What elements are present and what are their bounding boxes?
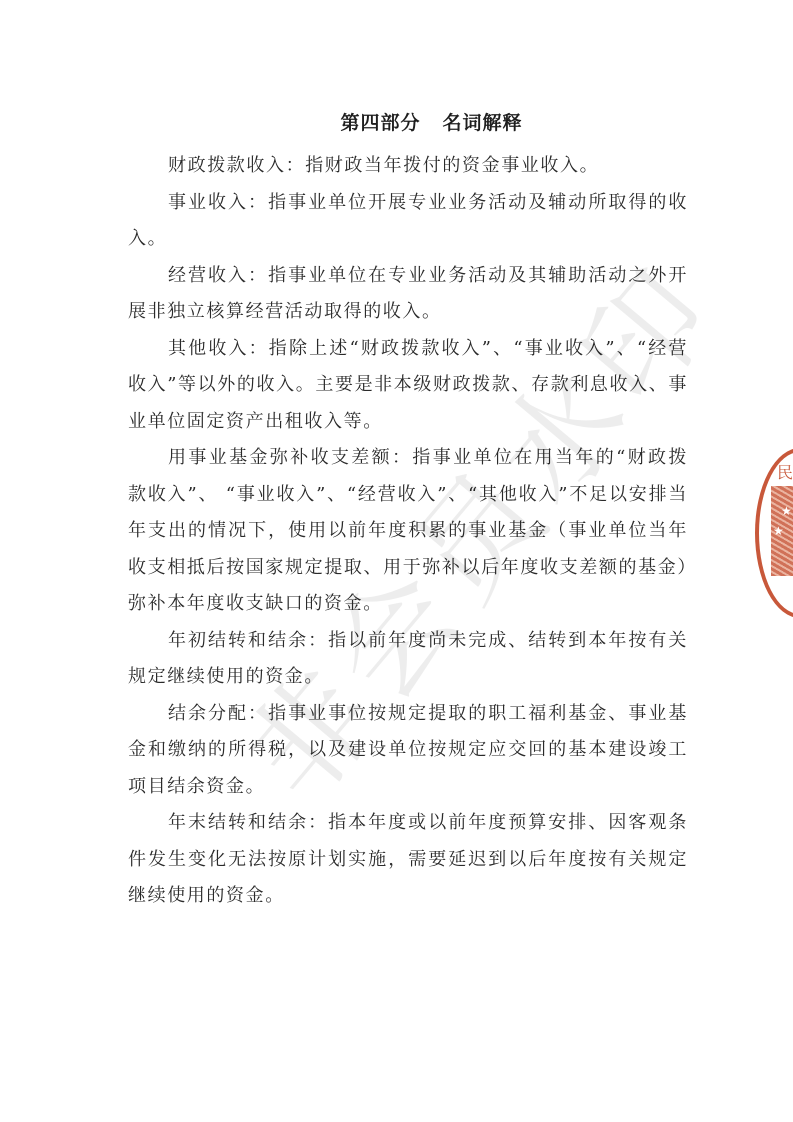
document-page: 第四部分名词解释 财政拨款收入：指财政当年拨付的资金事业收入。 事业收入：指事业… (0, 0, 793, 1122)
definition-paragraph: 事业收入：指事业单位开展专业业务活动及辅动所取得的收入。 (128, 185, 688, 258)
section-name-label: 名词解释 (443, 112, 523, 134)
definition-paragraph: 结余分配：指事业事位按规定提取的职工福利基金、事业基金和缴纳的所得税，以及建设单… (128, 696, 688, 806)
star-icon: ★ (781, 504, 792, 518)
star-icon: ★ (773, 524, 784, 538)
definition-paragraph: 其他收入：指除上述“财政拨款收入”、“事业收入”、“经营收入”等以外的收入。主要… (128, 331, 688, 441)
definition-paragraph: 用事业基金弥补收支差额：指事业单位在用当年的“财政拨款收入”、 “事业收入”、“… (128, 440, 688, 623)
seal-character: 民 (777, 460, 793, 483)
definition-paragraph: 年初结转和结余：指以前年度尚未完成、结转到本年按有关规定继续使用的资金。 (128, 623, 688, 696)
definition-paragraph: 年末结转和结余：指本年度或以前年度预算安排、因客观条件发生变化无法按原计划实施，… (128, 805, 688, 915)
glossary-body: 财政拨款收入：指财政当年拨付的资金事业收入。 事业收入：指事业单位开展专业业务活… (128, 148, 688, 915)
section-title: 第四部分名词解释 (0, 108, 793, 135)
section-part-label: 第四部分 (340, 112, 420, 134)
definition-paragraph: 财政拨款收入：指财政当年拨付的资金事业收入。 (128, 148, 688, 185)
definition-paragraph: 经营收入：指事业单位在专业业务活动及其辅助活动之外开展非独立核算经营活动取得的收… (128, 258, 688, 331)
official-seal-icon: 民 ★ ★ (755, 448, 793, 618)
